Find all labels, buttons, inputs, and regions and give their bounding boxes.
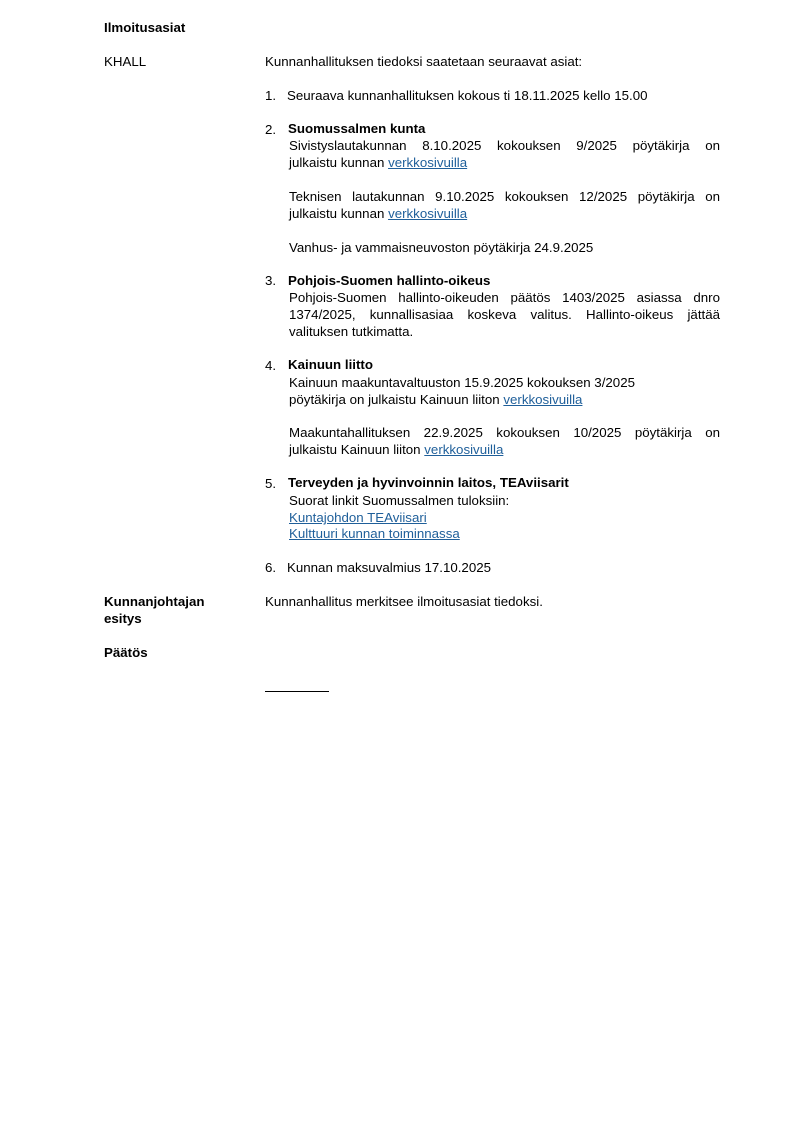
item-number: 2.	[265, 122, 276, 137]
item-paragraph: Teknisen lautakunnan 9.10.2025 kokouksen…	[289, 189, 720, 206]
kuntajohdon-teaviisari-link[interactable]: Kuntajohdon TEAviisari	[289, 510, 427, 525]
item-text: Seuraava kunnanhallituksen kokous ti 18.…	[287, 88, 648, 103]
decision-label: Päätös	[104, 645, 148, 660]
proposal-label-cont: esitys	[104, 611, 142, 626]
item-number: 4.	[265, 358, 276, 373]
item-paragraph: Sivistyslautakunnan 8.10.2025 kokouksen …	[289, 138, 720, 155]
item-line: Pohjois-Suomen hallinto-oikeuden päätös …	[289, 290, 720, 307]
item-heading: Suomussalmen kunta	[288, 121, 425, 136]
item-heading: Terveyden ja hyvinvoinnin laitos, TEAvii…	[288, 475, 569, 490]
signature-rule	[265, 691, 329, 692]
item-paragraph-line2: julkaistu kunnan verkkosivuilla	[289, 206, 467, 221]
item-paragraph: Vanhus- ja vammaisneuvoston pöytäkirja 2…	[289, 240, 593, 255]
body-label: KHALL	[104, 54, 146, 69]
item-line: 1374/2025, kunnallisasiaa koskeva valitu…	[289, 307, 720, 324]
item-paragraph: Kainuun maakuntavaltuuston 15.9.2025 kok…	[289, 375, 635, 390]
item-line: valituksen tutkimatta.	[289, 324, 413, 339]
item-number: 3.	[265, 273, 276, 288]
item-number: 6.	[265, 560, 276, 575]
item-paragraph-line2: julkaistu kunnan verkkosivuilla	[289, 155, 467, 170]
verkkosivuilla-link[interactable]: verkkosivuilla	[388, 155, 467, 170]
item-number: 5.	[265, 476, 276, 491]
item-number: 1.	[265, 88, 276, 103]
item-heading: Kainuun liitto	[288, 357, 373, 372]
verkkosivuilla-link[interactable]: verkkosivuilla	[503, 392, 582, 407]
item-heading: Pohjois-Suomen hallinto-oikeus	[288, 273, 490, 288]
verkkosivuilla-link[interactable]: verkkosivuilla	[388, 206, 467, 221]
proposal-text: Kunnanhallitus merkitsee ilmoitusasiat t…	[265, 594, 543, 609]
item-paragraph: Maakuntahallituksen 22.9.2025 kokouksen …	[289, 425, 720, 442]
kulttuuri-kunnan-toiminnassa-link[interactable]: Kulttuuri kunnan toiminnassa	[289, 526, 460, 541]
item-paragraph-line2: pöytäkirja on julkaistu Kainuun liiton v…	[289, 392, 582, 407]
item-text: Kunnan maksuvalmius 17.10.2025	[287, 560, 491, 575]
section-title: Ilmoitusasiat	[104, 20, 185, 35]
intro-text: Kunnanhallituksen tiedoksi saatetaan seu…	[265, 54, 582, 69]
verkkosivuilla-link[interactable]: verkkosivuilla	[424, 442, 503, 457]
item-text: Suorat linkit Suomussalmen tuloksiin:	[289, 493, 509, 508]
item-paragraph-line2: julkaistu Kainuun liiton verkkosivuilla	[289, 442, 503, 457]
proposal-label: Kunnanjohtajan	[104, 594, 204, 609]
